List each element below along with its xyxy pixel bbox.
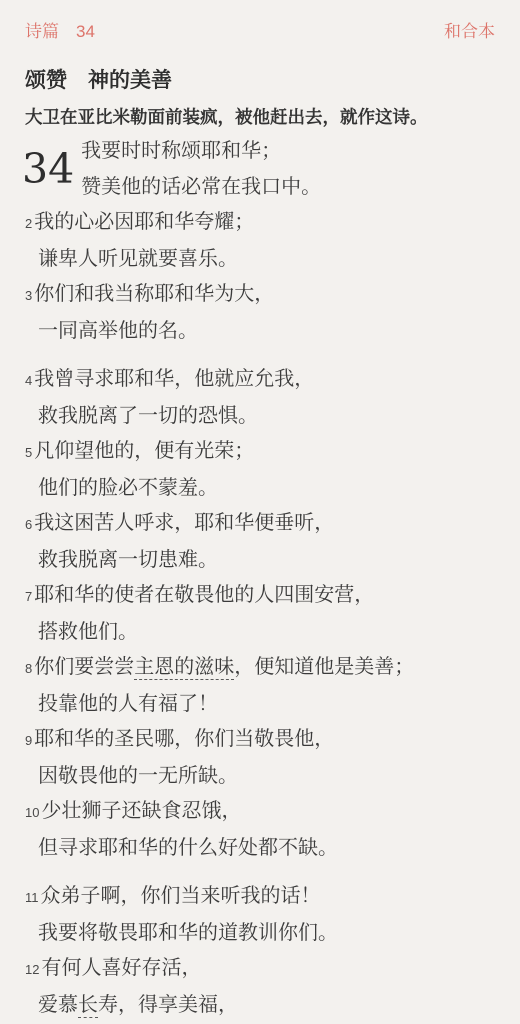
verse-line: 他们的脸必不蒙羞。 (25, 471, 495, 507)
verse-line: 6我这困苦人呼求，耶和华便垂听， (25, 506, 495, 543)
verse-line: 3你们和我当称耶和华为大， (25, 277, 495, 314)
verse-number: 8 (25, 661, 32, 676)
verse-text: 因敬畏他的一无所缺。 (38, 765, 238, 787)
verse-number: 12 (25, 962, 39, 977)
section-title: 颂赞 神的美善 (25, 66, 495, 96)
verse-line: 投靠他的人有福了！ (25, 687, 495, 723)
chapter-number: 34 (22, 149, 74, 190)
verse-number: 7 (25, 589, 32, 604)
verse-line: 2我的心必因耶和华夸耀； (25, 205, 495, 242)
verse-line: 因敬畏他的一无所缺。 (25, 759, 495, 795)
verse-text: 少壮狮子还缺食忍饿， (41, 800, 241, 822)
verse-text: 爱慕 (38, 994, 78, 1016)
verse-text: 救我脱离一切患难。 (38, 549, 218, 571)
bible-reader-page: 诗篇 34 和合本 颂赞 神的美善 大卫在亚比米勒面前装疯，被他赶出去，就作这诗… (0, 0, 520, 1024)
verse-line: 救我脱离一切患难。 (25, 543, 495, 579)
verse-text: 我的心必因耶和华夸耀； (34, 211, 254, 233)
verse-line: 我要将敬畏耶和华的道教训你们。 (25, 916, 495, 952)
verse-line: 一同高举他的名。 (25, 314, 495, 350)
verse-number: 9 (25, 733, 32, 748)
verse-line: 10少壮狮子还缺食忍饿， (25, 794, 495, 831)
verse-text: 你们要尝尝 (34, 656, 134, 678)
verse-text: 赞美他的话必常在我口中。 (81, 176, 321, 198)
verse-number: 6 (25, 517, 32, 532)
verse-text: 但寻求耶和华的什么好处都不缺。 (38, 837, 338, 859)
verse-line: 搭救他们。 (25, 615, 495, 651)
verse-line: 赞美他的话必常在我口中。 (81, 170, 495, 206)
verse-number: 11 (25, 890, 39, 905)
verse-line: 救我脱离了一切的恐惧。 (25, 399, 495, 435)
verse-text: 凡仰望他的，便有光荣； (34, 440, 254, 462)
verse-text: 有何人喜好存活， (41, 957, 201, 979)
verse-2[interactable]: 2我的心必因耶和华夸耀；谦卑人听见就要喜乐。 (25, 205, 495, 277)
verse-10[interactable]: 10少壮狮子还缺食忍饿，但寻求耶和华的什么好处都不缺。 (25, 794, 495, 866)
verse-line: 4我曾寻求耶和华，他就应允我， (25, 362, 495, 399)
verse-text: 我要时时称颂耶和华； (81, 140, 281, 162)
verse-text: ，便知道他是美善； (234, 656, 414, 678)
verse-11[interactable]: 11众弟子啊，你们当来听我的话！我要将敬畏耶和华的道教训你们。 (25, 879, 495, 951)
first-verse-lines: 我要时时称颂耶和华；赞美他的话必常在我口中。 (81, 134, 495, 205)
verse-line: 7耶和华的使者在敬畏他的人四围安营， (25, 578, 495, 615)
verse-6[interactable]: 6我这困苦人呼求，耶和华便垂听，救我脱离一切患难。 (25, 506, 495, 578)
psalm-inscription: 大卫在亚比米勒面前装疯，被他赶出去，就作这诗。 (25, 104, 495, 130)
verse-number: 10 (25, 805, 39, 820)
verse-7[interactable]: 7耶和华的使者在敬畏他的人四围安营，搭救他们。 (25, 578, 495, 650)
verse-line: 5凡仰望他的，便有光荣； (25, 434, 495, 471)
verse-text: 我要将敬畏耶和华的道教训你们。 (38, 922, 338, 944)
verse-12[interactable]: 12有何人喜好存活，爱慕长寿，得享美福， (25, 951, 495, 1023)
verse-number: 4 (25, 373, 32, 388)
verse-line: 爱慕长寿，得享美福， (25, 988, 495, 1024)
verse-3[interactable]: 3你们和我当称耶和华为大，一同高举他的名。 (25, 277, 495, 349)
verse-line: 12有何人喜好存活， (25, 951, 495, 988)
verse-number: 3 (25, 288, 32, 303)
verse-text: 搭救他们。 (38, 621, 138, 643)
verse-line: 9耶和华的圣民哪，你们当敬畏他， (25, 722, 495, 759)
verse-line: 但寻求耶和华的什么好处都不缺。 (25, 831, 495, 867)
verse-line: 11众弟子啊，你们当来听我的话！ (25, 879, 495, 916)
verse-line: 我要时时称颂耶和华； (81, 134, 495, 170)
verse-text: 他们的脸必不蒙羞。 (38, 477, 218, 499)
verse-text: 救我脱离了一切的恐惧。 (38, 405, 258, 427)
version-selector[interactable]: 和合本 (444, 20, 495, 44)
verse-text: 一同高举他的名。 (38, 320, 198, 342)
verse-text: 耶和华的圣民哪，你们当敬畏他， (34, 728, 334, 750)
verse-text: 寿，得享美福， (98, 994, 238, 1016)
verse-line: 8你们要尝尝主恩的滋味，便知道他是美善； (25, 650, 495, 687)
verse-1[interactable]: 34我要时时称颂耶和华；赞美他的话必常在我口中。 (25, 134, 495, 205)
verse-text: 耶和华的使者在敬畏他的人四围安营， (34, 584, 374, 606)
verse-text: 我曾寻求耶和华，他就应允我， (34, 368, 314, 390)
verse-4[interactable]: 4我曾寻求耶和华，他就应允我，救我脱离了一切的恐惧。 (25, 362, 495, 434)
verse-9[interactable]: 9耶和华的圣民哪，你们当敬畏他，因敬畏他的一无所缺。 (25, 722, 495, 794)
verse-text: 谦卑人听见就要喜乐。 (38, 248, 238, 270)
verse-8[interactable]: 8你们要尝尝主恩的滋味，便知道他是美善；投靠他的人有福了！ (25, 650, 495, 722)
translator-added-words: 长 (78, 994, 98, 1018)
verse-list: 34我要时时称颂耶和华；赞美他的话必常在我口中。2我的心必因耶和华夸耀；谦卑人听… (25, 134, 495, 1023)
verse-text: 我这困苦人呼求，耶和华便垂听， (34, 512, 334, 534)
verse-number: 2 (25, 216, 32, 231)
chapter-content: 颂赞 神的美善 大卫在亚比米勒面前装疯，被他赶出去，就作这诗。 34我要时时称颂… (0, 66, 520, 1023)
translator-added-words: 主恩的滋味 (134, 656, 234, 680)
verse-5[interactable]: 5凡仰望他的，便有光荣；他们的脸必不蒙羞。 (25, 434, 495, 506)
verse-text: 投靠他的人有福了！ (38, 693, 218, 715)
verse-number: 5 (25, 445, 32, 460)
verse-text: 你们和我当称耶和华为大， (34, 283, 274, 305)
reader-header: 诗篇 34 和合本 (0, 0, 520, 44)
book-chapter-selector[interactable]: 诗篇 34 (25, 20, 95, 44)
verse-text: 众弟子啊，你们当来听我的话！ (41, 885, 321, 907)
verse-line: 谦卑人听见就要喜乐。 (25, 242, 495, 278)
